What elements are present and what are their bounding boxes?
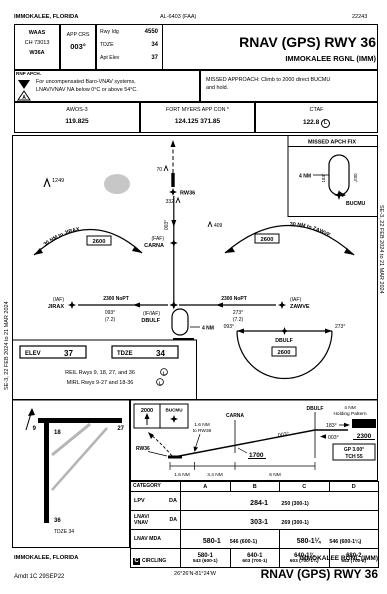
footer-amendment: Amdt 1C 29SEP22: [14, 574, 64, 580]
left-leg-altitude: 2300 NoPT: [103, 296, 129, 302]
zawve-waypoint-icon: [278, 301, 286, 309]
runway-18-36: [44, 423, 49, 523]
profile-hold-max: 6000: [357, 422, 371, 428]
carna-waypoint-icon: [170, 239, 178, 247]
final-approach-course: 003°: [164, 196, 176, 305]
inset-fix-name: BUCMU: [346, 201, 366, 207]
segment-distance-2: 3.4 NM: [207, 472, 222, 478]
taa-right-altitude: 2600: [261, 237, 274, 243]
taxiway-1: [52, 424, 90, 455]
rwy9-label: 9: [33, 426, 37, 432]
hold-leg-length: 4 NM: [202, 326, 214, 332]
obstacle-332: 332: [166, 198, 180, 205]
rwy-ldg-value: 4550: [130, 29, 158, 35]
iaf-left-prefix: (IAF): [53, 297, 64, 303]
bucmu-holding-racetrack: [329, 155, 349, 195]
waas-ident: W36A: [14, 51, 60, 57]
lnav-vnav-da: 303-1: [250, 519, 268, 526]
right-leg-altitude: 2300 NoPT: [221, 296, 247, 302]
category-c: C: [280, 482, 330, 492]
lnav-minima-cd: 580-1¼ 546 (600-1¼): [280, 530, 379, 549]
profile-rw36-label: RW36: [136, 446, 150, 452]
tdze-label: TDZE: [100, 43, 114, 48]
elev-tdze-box: ELEV 37 TDZE 34 REIL Rwys 9, 18, 27, and…: [13, 340, 197, 400]
obstacle-1249: 1249: [44, 178, 64, 187]
lighting-note-1: REIL Rwys 9, 18, 27, and 36: [65, 370, 135, 376]
rwy-ldg-label: Rwy Idg: [100, 30, 119, 35]
right-iaf-leg: 2300 NoPT 273° (7.2): [179, 296, 276, 323]
app-con-freq: 124.125 371.85: [140, 119, 255, 126]
category-header: CATEGORY: [131, 482, 181, 492]
segment-distance-3: 6 NM: [269, 472, 280, 478]
tdze-value: 34: [130, 42, 158, 48]
profile-missed-inset: 2000 BUCMU: [134, 404, 188, 428]
missed-approach-text-line2: and hold.: [206, 86, 228, 91]
lnav-vnav-hat: 269 (300-1): [281, 520, 308, 526]
awos-label: AWOS-3: [14, 108, 140, 114]
missed-approach-text-line1: MISSED APPROACH: Climb to 2000 direct BU…: [206, 78, 330, 83]
profile-hold-outbound: 183°: [326, 423, 337, 429]
waas-label: WAAS: [14, 31, 60, 37]
taa-right-arc-label: 30 NM to ZAWVE: [290, 221, 332, 238]
taa-sector-course-right: 273°: [335, 324, 345, 330]
iaf-left-name: JIRAX: [48, 304, 65, 310]
rwy27-label: 27: [117, 426, 124, 432]
awos-freq: 119.825: [14, 119, 140, 126]
rw36-waypoint-icon: [169, 188, 177, 196]
lnav-hat-cd: 546 (600-1¼): [329, 539, 361, 545]
left-leg-course: 093°: [105, 310, 115, 316]
airport-name: IMMOKALEE RGNL (IMM): [178, 55, 376, 63]
jirax-waypoint-icon: [68, 301, 76, 309]
lpv-row-label: LPV DA: [131, 492, 181, 511]
binder-text-left: SE-3, 22 FEB 2024 to 21 MAR 2024: [4, 301, 10, 390]
iaf-right-prefix: (IAF): [290, 297, 301, 303]
profile-hold-title-2: Holding Pattern: [333, 411, 366, 417]
binder-text-right: SE-3, 22 FEB 2024 to 21 MAR 2024: [378, 205, 384, 294]
taa-left-altitude: 2600: [93, 239, 106, 245]
pbn-requirements: RNP APCH.: [16, 72, 41, 77]
segment-distance-1: 1.6 NM: [174, 472, 189, 478]
profile-hold-min: 2300: [357, 433, 372, 440]
taa-sector-course-left: 093°: [224, 324, 234, 330]
lnav-hat-ab: 546 (600-1): [230, 539, 257, 545]
svg-text:1249: 1249: [52, 178, 64, 184]
baro-vnav-note-line1: For uncompensated Baro-VNAV systems,: [36, 80, 136, 85]
taa-straight-in-altitude: 2600: [278, 350, 291, 356]
profile-if-name: DBULF: [307, 406, 324, 412]
profile-hold-title-1: 4 NM: [344, 405, 355, 411]
if-prefix: (IF/IAF): [143, 311, 160, 317]
ctaf-label: CTAF: [255, 108, 378, 114]
lpv-hat: 250 (300-1): [281, 501, 308, 507]
alternate-minimums-icon: A: [18, 91, 30, 101]
vdp-note-line1: 1.6 NM: [194, 422, 209, 428]
iaf-right-name: ZAWVE: [290, 304, 310, 310]
lnav-vnav-label-2: VNAV: [134, 520, 148, 526]
svg-text:W: W: [22, 82, 27, 88]
profile-hold-inbound: 003°: [328, 435, 339, 441]
faf-prefix: (FAF): [152, 236, 165, 242]
svg-text:409: 409: [214, 223, 223, 229]
vdp-note-line2: to RW36: [193, 428, 212, 434]
apt-elev-label: Apt Elev: [100, 56, 119, 61]
lpv-type: DA: [169, 498, 177, 504]
taa-straight-in-area: 093° 273° DBULF 2600: [224, 324, 346, 379]
rwy36-label: 36: [54, 518, 61, 524]
profile-missed-fix: BUCMU: [165, 408, 183, 413]
lpv-minima: 284-1 250 (300-1): [181, 492, 379, 511]
dbulf-waypoint-icon: [169, 301, 178, 310]
runway-symbol: [171, 173, 174, 187]
sketch-tdze-note: TDZE 34: [54, 529, 74, 535]
obstacle-70: 70: [156, 166, 168, 173]
waas-channel: CH 73013: [14, 41, 60, 47]
inset-outbound-course: 183°: [321, 173, 326, 182]
header-cycle-number: 22243: [352, 15, 367, 21]
app-crs-label: APP CRS: [60, 33, 96, 38]
waas-notam-icon: W: [18, 80, 30, 89]
inset-leg-length: 4 NM: [299, 174, 311, 180]
category-a: A: [181, 482, 231, 492]
taxiway-2: [52, 428, 107, 490]
svg-text:332: 332: [166, 199, 175, 205]
briefing-symbols: W A: [17, 79, 31, 101]
taa-right-base-area: 30 NM to ZAWVE 2600: [225, 221, 354, 255]
svg-text:A: A: [22, 95, 26, 101]
profile-faf-altitude: 1700: [249, 452, 264, 459]
baro-vnav-note-line2: LNAV/VNAV NA below 0°C or above 54°C.: [36, 88, 138, 93]
expanded-circling-icon: C: [133, 558, 140, 565]
missed-approach-track: [171, 140, 176, 173]
notes-box: [14, 70, 200, 102]
populated-area: [104, 174, 130, 194]
pilot-controlled-lighting-icon: L: [321, 119, 330, 128]
taa-center-fix: DBULF: [275, 338, 293, 344]
glidepath-angle: GP 3.00°: [344, 447, 364, 453]
plan-view: MISSED APCH FIX 4 NM 183° 003° BUCMU RW3…: [12, 135, 378, 400]
lighting-icon-1: L: [163, 370, 166, 375]
plan-tdze-value: 34: [156, 349, 165, 358]
lnav-vnav-type: DA: [170, 517, 178, 523]
header-al-ref: AL-6403 (FAA): [160, 15, 196, 21]
plan-elev-value: 37: [64, 349, 73, 358]
tch-value: TCH 55: [345, 454, 362, 460]
plan-tdze-label: TDZE: [117, 351, 133, 357]
rwy18-label: 18: [54, 430, 61, 436]
profile-faf-name: CARNA: [226, 413, 244, 419]
header-city: IMMOKALEE, FLORIDA: [14, 15, 78, 21]
ctaf-freq-value: 122.8: [303, 119, 319, 126]
lnav-mda-ab: 580-1: [203, 538, 221, 545]
profile-vdp: 1.6 NM to RW36: [193, 422, 212, 452]
footer-airport: IMMOKALEE RGNL (IMM): [178, 556, 378, 563]
plan-elev-label: ELEV: [25, 351, 41, 357]
lpv-da: 284-1: [250, 500, 268, 507]
runway-9-27: [38, 418, 122, 423]
profile-view: 2000 BUCMU RW36 003° 1.6 NM to RW36 CARN…: [130, 400, 378, 481]
lighting-icon-2: L: [159, 380, 162, 385]
circling-label: CIRCLING: [142, 558, 166, 564]
lnav-vnav-row-label: LNAV/ VNAV DA: [131, 511, 181, 530]
category-d: D: [329, 482, 379, 492]
profile-final-course: 003°: [277, 431, 289, 439]
obstacle-409: 409: [208, 222, 223, 229]
circling-row-label: CCIRCLING: [131, 549, 181, 568]
app-con-label: FORT MYERS APP CON *: [140, 108, 255, 113]
lighting-note-2: MIRL Rwys 9-27 and 18-36: [67, 380, 134, 386]
svg-text:70: 70: [156, 167, 162, 173]
faf-name: CARNA: [144, 243, 164, 249]
if-name: DBULF: [141, 318, 160, 324]
gp-tch-box: GP 3.00° TCH 55: [333, 444, 375, 460]
category-b: B: [230, 482, 280, 492]
profile-dbulf-hold: DBULF 4 NM Holding Pattern 183° 003° 600…: [307, 405, 376, 458]
taa-left-arc-label: 30 NM to JIRAX: [43, 226, 81, 247]
inset-inbound-course: 003°: [353, 174, 358, 183]
right-leg-course: 273°: [233, 310, 243, 316]
footer-title: RNAV (GPS) RWY 36: [178, 568, 378, 580]
lpv-label: LPV: [134, 498, 145, 504]
procedure-title: RNAV (GPS) RWY 36: [178, 35, 376, 49]
taa-left-base-area: 30 NM to JIRAX 2600: [34, 226, 142, 255]
missed-apch-fix-header: MISSED APCH FIX: [308, 140, 356, 146]
missed-apch-fix-inset: MISSED APCH FIX 4 NM 183° 003° BUCMU: [288, 136, 378, 217]
profile-carna-fix: CARNA 1700: [226, 413, 266, 459]
right-leg-distance: (7.2): [233, 317, 244, 323]
distance-scale: 1.6 NM 3.4 NM 6 NM: [170, 462, 315, 478]
footer-city: IMMOKALEE, FLORIDA: [14, 556, 78, 562]
approach-chart-page: SE-3, 22 FEB 2024 to 21 MAR 2024 SE-3, 2…: [0, 0, 387, 594]
lnav-minima-ab: 580-1 546 (600-1): [181, 530, 280, 549]
lnav-vnav-minima: 303-1 269 (300-1): [181, 511, 379, 530]
left-leg-distance: (7.2): [105, 317, 116, 323]
airport-sketch: 9 27 18 36 TDZE 34: [12, 400, 130, 548]
ctaf-freq: 122.8 L: [255, 119, 378, 128]
app-crs-value: 003°: [60, 43, 96, 51]
apt-elev-value: 37: [130, 55, 158, 61]
lnav-mda-cd: 580-1¼: [297, 538, 321, 545]
final-course-label: 003°: [164, 220, 170, 230]
rw36-label: RW36: [180, 191, 195, 197]
profile-glidepath: RW36 003°: [136, 430, 348, 459]
lnav-row-label: LNAV MDA: [131, 530, 181, 549]
